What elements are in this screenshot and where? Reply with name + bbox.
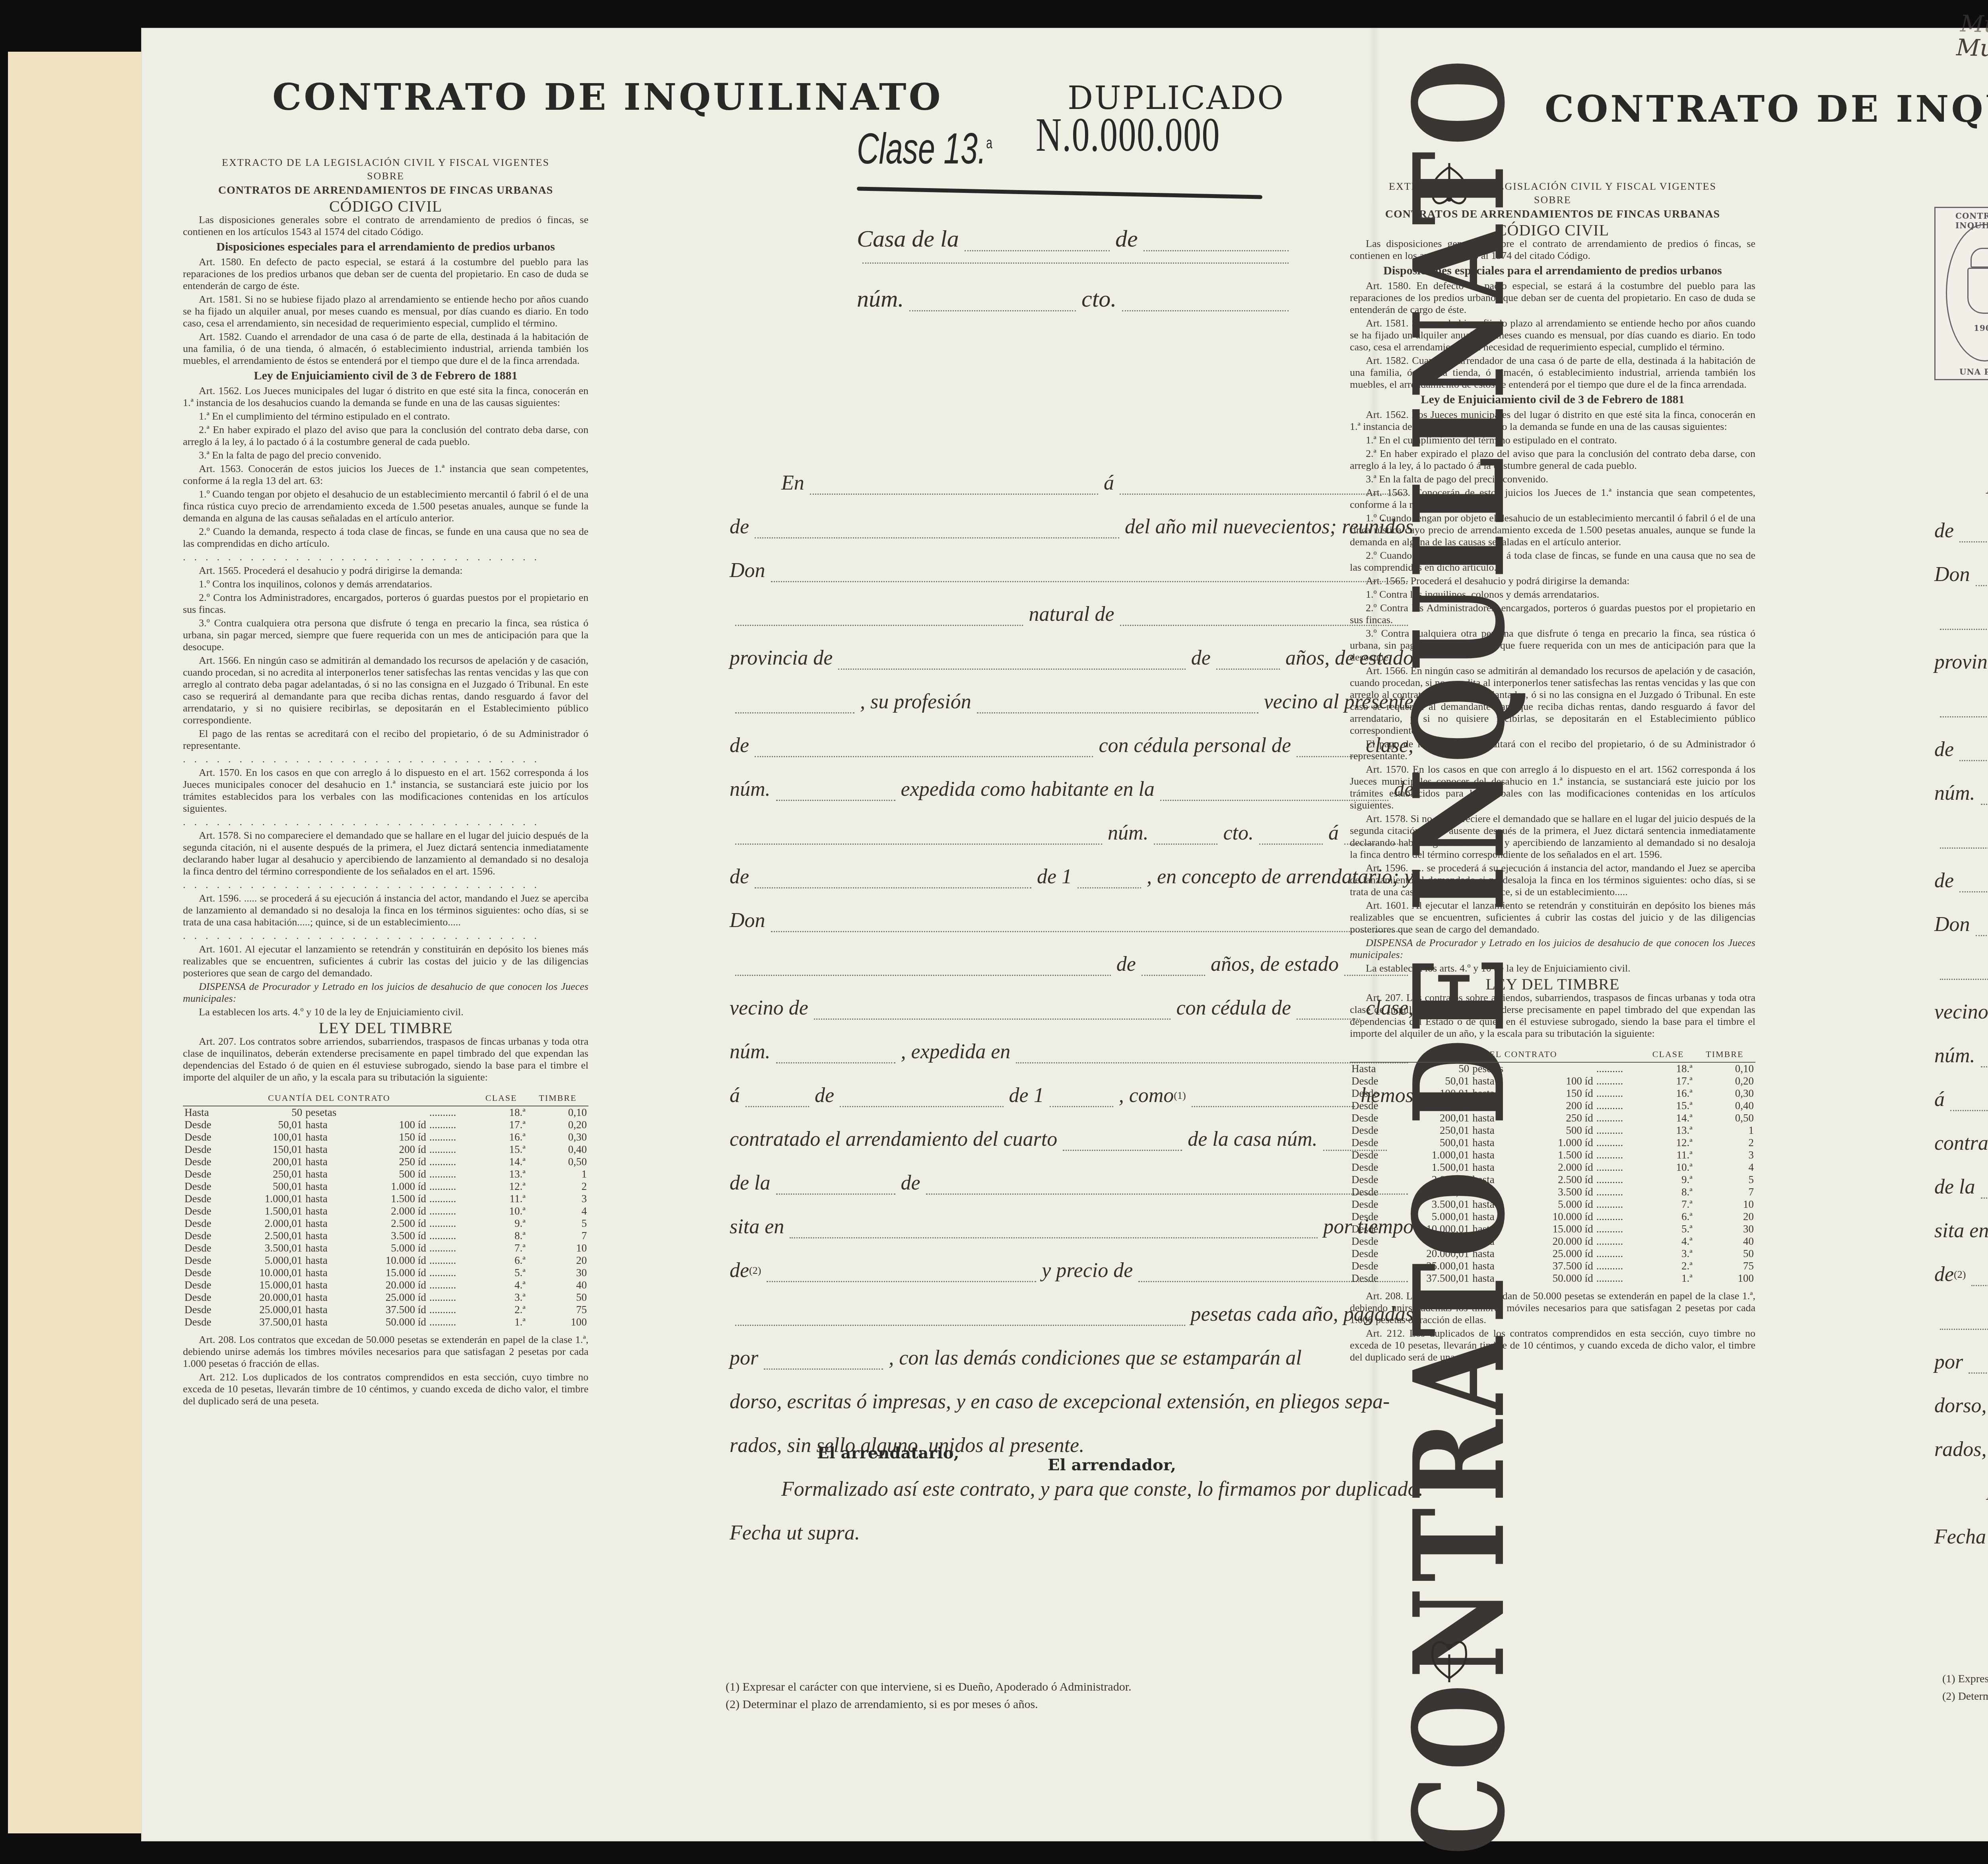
de-label: de: [1115, 215, 1138, 262]
form-label: por: [1934, 1340, 1963, 1384]
fee-cell-clase: 16.ª: [476, 1131, 527, 1143]
fee-cell-prefix: Desde: [183, 1217, 231, 1230]
dot-leader: ..........: [1595, 1075, 1642, 1087]
col-cuantia: CUANTÍA DEL CONTRATO: [183, 1091, 476, 1106]
form-blank-field[interactable]: [838, 669, 1185, 670]
form-line: vecino decon cédula declase,: [730, 986, 1413, 1030]
fee-cell-to: 1.000 íd: [1525, 1137, 1595, 1149]
form-line: por, con las demás condiciones que se es…: [730, 1336, 1413, 1380]
fee-cell-timbre: 1: [1694, 1124, 1755, 1137]
fee-cell-from: 1.500,01: [1398, 1161, 1471, 1174]
codigo-civil-heading: CÓDIGO CIVIL: [1350, 224, 1755, 236]
document-title: CONTRATO DE INQUILINATO: [272, 76, 943, 119]
form-label: de: [1934, 859, 1954, 903]
form-blank-field[interactable]: [755, 537, 1119, 538]
fee-cell-clase: 6.ª: [1642, 1211, 1694, 1223]
fee-cell-timbre: 1: [527, 1168, 588, 1180]
fee-cell-mid: hasta: [304, 1217, 358, 1230]
form-line: contratado el arrendamiento del cuartode…: [1934, 1122, 1988, 1165]
fee-cell-clase: 6.ª: [476, 1254, 527, 1267]
dot-leader: ..........: [428, 1304, 476, 1316]
cto-field[interactable]: [1122, 310, 1289, 311]
fee-cell-from: 1.500,01: [231, 1205, 304, 1217]
casa-field[interactable]: [965, 250, 1110, 251]
extract-heading: EXTRACTO DE LA LEGISLACIÓN CIVIL Y FISCA…: [183, 157, 588, 169]
article-1565-1: 1.º Contra los inquilinos, colonos y dem…: [1350, 589, 1755, 601]
form-blank-field[interactable]: [814, 1018, 1171, 1020]
form-blank-field[interactable]: [755, 887, 1031, 888]
fee-cell-clase: 7.ª: [476, 1242, 527, 1254]
form-blank-field[interactable]: [926, 1193, 1408, 1195]
fee-cell-clase: 2.ª: [476, 1304, 527, 1316]
form-blank-field[interactable]: [771, 581, 1408, 582]
codigo-intro: Las disposiciones generales sobre el con…: [183, 214, 588, 238]
fee-cell-timbre: 0,10: [1694, 1062, 1755, 1075]
fee-cell-clase: 11.ª: [476, 1193, 527, 1205]
fee-cell-to: 2.500 íd: [1525, 1174, 1595, 1186]
underlying-aged-sheet-left: [8, 52, 152, 1833]
article-212: Art. 212. Los duplicados de los contrato…: [1350, 1328, 1755, 1363]
fee-cell-mid: hasta: [304, 1205, 358, 1217]
form-blank-field[interactable]: [1959, 891, 1988, 892]
article-1581: Art. 1581. Si no se hubiese fijado plazo…: [183, 293, 588, 329]
fee-cell-clase: 5.ª: [1642, 1223, 1694, 1235]
form-line: deaños, de estado: [1934, 947, 1988, 990]
form-blank-field[interactable]: [840, 1106, 1003, 1107]
clase-label: Clase 13.a: [857, 123, 992, 174]
fee-table-row: Desde2.500,01hasta3.500 íd..........8.ª7: [183, 1230, 588, 1242]
fee-cell-from: 100,01: [231, 1131, 304, 1143]
fee-table-row: Desde15.000,01hasta20.000 íd..........4.…: [1350, 1235, 1755, 1248]
fee-cell-from: 50,01: [231, 1119, 304, 1131]
fee-cell-timbre: 10: [527, 1242, 588, 1254]
fee-cell-from: 3.500,01: [1398, 1198, 1471, 1211]
dot-leader: ..........: [1595, 1149, 1642, 1161]
form-blank-field[interactable]: [977, 712, 1258, 713]
article-1582: Art. 1582. Cuando el arrendador de una c…: [1350, 355, 1755, 391]
form-label: de: [1934, 1253, 1954, 1296]
form-line: de(2)y precio de: [1934, 1253, 1988, 1296]
fee-cell-clase: 9.ª: [1642, 1174, 1694, 1186]
form-blank-field[interactable]: [735, 625, 1023, 626]
dot-leader: ..........: [1595, 1087, 1642, 1100]
fee-cell-from: 50: [231, 1106, 304, 1119]
footnote-ref: (1): [1174, 1074, 1186, 1118]
form-blank-field[interactable]: [1063, 1150, 1182, 1151]
form-blank-field[interactable]: [745, 1106, 809, 1107]
fee-cell-clase: 17.ª: [1642, 1075, 1694, 1087]
form-line: contratado el arrendamiento del cuartode…: [730, 1118, 1413, 1161]
form-blank-field[interactable]: [1940, 847, 1988, 849]
dot-leader: ..........: [428, 1193, 476, 1205]
fee-cell-clase: 4.ª: [1642, 1235, 1694, 1248]
form-label: vecino de: [730, 986, 808, 1030]
col-timbre: TIMBRE: [1694, 1048, 1755, 1062]
article-1563-2: 2.º Cuando la demanda, respecto á toda c…: [183, 526, 588, 550]
form-blank-field[interactable]: [735, 844, 1102, 845]
fee-cell-to: 250 íd: [358, 1156, 428, 1168]
form-blank-field[interactable]: [1259, 844, 1323, 845]
form-line: Fecha ut supra.: [1934, 1515, 1988, 1559]
fee-cell-timbre: 2: [1694, 1137, 1755, 1149]
fee-cell-from: 150,01: [1398, 1100, 1471, 1112]
form-line: de lade: [730, 1161, 1413, 1205]
form-label: Don: [1934, 553, 1970, 597]
form-line: ádede 1, como(1)hemos: [1934, 1078, 1988, 1122]
fee-cell-from: 200,01: [1398, 1112, 1471, 1124]
form-label: natural de: [1029, 593, 1114, 636]
fee-cell-from: 2.000,01: [231, 1217, 304, 1230]
fee-cell-prefix: Desde: [183, 1242, 231, 1254]
form-blank-field[interactable]: [790, 1237, 1318, 1238]
dot-leader: ..........: [428, 1143, 476, 1156]
fee-table-row: Desde10.000,01hasta15.000 íd..........5.…: [183, 1267, 588, 1279]
fee-cell-from: 100,01: [1398, 1087, 1471, 1100]
fee-cell-clase: 3.ª: [476, 1291, 527, 1304]
fee-cell-from: 10.000,01: [1398, 1223, 1471, 1235]
extract-subject: CONTRATOS DE ARRENDAMIENTOS DE FINCAS UR…: [1350, 208, 1755, 220]
fee-cell-prefix: Desde: [183, 1143, 231, 1156]
fee-cell-clase: 14.ª: [1642, 1112, 1694, 1124]
form-blank-field[interactable]: [1077, 887, 1141, 888]
form-blank-field[interactable]: [776, 1193, 895, 1195]
form-line: dedel año mil nuevecientos; reunidos: [730, 505, 1413, 549]
dot-leader: ..........: [428, 1106, 476, 1119]
fee-cell-from: 37.500,01: [231, 1316, 304, 1328]
article-1563: Art. 1563. Conocerán de estos juicios lo…: [183, 463, 588, 487]
article-1566: Art. 1566. En ningún caso se admitirán a…: [1350, 665, 1755, 737]
codigo-civil-heading: CÓDIGO CIVIL: [183, 200, 588, 212]
form-blank-field[interactable]: [764, 1368, 883, 1370]
fee-cell-prefix: Desde: [1350, 1272, 1398, 1285]
fee-cell-timbre: 7: [527, 1230, 588, 1242]
fee-cell-timbre: 0,50: [1694, 1112, 1755, 1124]
fee-cell-clase: 10.ª: [1642, 1161, 1694, 1174]
fee-cell-timbre: 100: [527, 1316, 588, 1328]
form-label: Formalizado así este contrato, y para qu…: [1986, 1471, 1988, 1515]
form-line: núm., expedida en: [730, 1030, 1413, 1074]
form-blank-field[interactable]: [1940, 979, 1988, 980]
fee-cell-to: 2.000 íd: [1525, 1161, 1595, 1174]
form-line: deaños, de estado: [730, 943, 1413, 986]
form-line: sita enpor tiempo: [1934, 1209, 1988, 1253]
fee-cell-to: 500 íd: [1525, 1124, 1595, 1137]
fee-cell-from: 25.000,01: [1398, 1260, 1471, 1272]
form-blank-field[interactable]: [1192, 1106, 1355, 1107]
form-blank-field[interactable]: [1981, 804, 1988, 805]
form-blank-field[interactable]: [1969, 1372, 1988, 1374]
form-blank-field[interactable]: [735, 975, 1111, 976]
form-line: Don: [730, 549, 1413, 593]
fee-table-row: Desde5.000,01hasta10.000 íd..........6.ª…: [183, 1254, 588, 1267]
fee-cell-mid: hasta: [1471, 1235, 1525, 1248]
article-1578: Art. 1578. Si no compareciere el demanda…: [183, 830, 588, 877]
form-line: sita enpor tiempo: [730, 1205, 1413, 1249]
fee-table-row: Desde2.500,01hasta3.500 íd..........8.ª7: [1350, 1186, 1755, 1198]
dot-separator: ................................: [183, 879, 588, 891]
fee-cell-clase: 8.ª: [476, 1230, 527, 1242]
fee-cell-mid: hasta: [304, 1193, 358, 1205]
form-label: núm.: [730, 768, 771, 811]
form-label: de: [730, 1249, 749, 1293]
dot-separator: ................................: [183, 816, 588, 828]
fee-cell-to: 1.500 íd: [358, 1193, 428, 1205]
form-line: núm., expedida en: [1934, 1034, 1988, 1078]
fee-cell-clase: 5.ª: [476, 1267, 527, 1279]
fee-cell-timbre: 20: [1694, 1211, 1755, 1223]
fee-cell-mid: hasta: [304, 1254, 358, 1267]
fee-cell-mid: hasta: [304, 1143, 358, 1156]
fee-cell-timbre: 0,20: [1694, 1075, 1755, 1087]
form-blank-field[interactable]: [1050, 1106, 1113, 1107]
dot-leader: ..........: [428, 1180, 476, 1193]
form-blank-field[interactable]: [1142, 975, 1205, 976]
fee-cell-mid: hasta: [1471, 1248, 1525, 1260]
fee-cell-mid: hasta: [1471, 1223, 1525, 1235]
form-label: á: [1104, 461, 1114, 505]
form-label: En: [781, 461, 804, 505]
dot-separator: ................................: [183, 930, 588, 942]
fee-cell-prefix: Desde: [183, 1205, 231, 1217]
article-1563-1: 1.º Cuando tengan por objeto el desahuci…: [183, 488, 588, 524]
fee-cell-prefix: Desde: [1350, 1235, 1398, 1248]
extract-subject: CONTRATOS DE ARRENDAMIENTOS DE FINCAS UR…: [183, 185, 588, 196]
form-blank-field[interactable]: [1940, 629, 1988, 630]
codigo-intro: Las disposiciones generales sobre el con…: [1350, 238, 1755, 262]
fee-cell-prefix: Desde: [183, 1267, 231, 1279]
form-label: , con las demás condiciones que se estam…: [889, 1336, 1301, 1380]
form-label: de: [901, 1161, 920, 1205]
fee-cell-to: 25.000 íd: [358, 1291, 428, 1304]
form-blank-field[interactable]: [776, 1062, 895, 1063]
fee-table-row: Desde3.500,01hasta5.000 íd..........7.ª1…: [183, 1242, 588, 1254]
fee-cell-prefix: Desde: [1350, 1161, 1398, 1174]
article-1562-2: 2.ª En haber expirado el plazo del aviso…: [183, 424, 588, 448]
fee-cell-prefix: Desde: [1350, 1137, 1398, 1149]
fee-cell-mid: hasta: [1471, 1137, 1525, 1149]
calle-field[interactable]: [1143, 250, 1289, 251]
fee-cell-prefix: Desde: [1350, 1186, 1398, 1198]
fee-cell-clase: 12.ª: [1642, 1137, 1694, 1149]
fee-table-row: Desde100,01hasta150 íd..........16.ª0,30: [183, 1131, 588, 1143]
form-label: de la: [730, 1161, 771, 1205]
fee-cell-mid: hasta: [304, 1242, 358, 1254]
fee-cell-prefix: Desde: [183, 1230, 231, 1242]
form-label: núm.: [730, 1030, 771, 1074]
fee-table-row: Desde1.000,01hasta1.500 íd..........11.ª…: [1350, 1149, 1755, 1161]
document-title: CONTRATO DE INQUILINATO: [1545, 87, 1988, 130]
fee-cell-mid: hasta: [304, 1180, 358, 1193]
dispensa-heading: DISPENSA de Procurador y Letrado en los …: [183, 981, 588, 1005]
form-label: rados, sin sello alguno, unidos al prese…: [1934, 1428, 1988, 1471]
stamp-fee-table: CUANTÍA DEL CONTRATO CLASE TIMBRE Hasta5…: [183, 1091, 588, 1328]
fee-cell-prefix: Desde: [1350, 1248, 1398, 1260]
fee-cell-from: 5.000,01: [231, 1254, 304, 1267]
casa-line2-field[interactable]: [862, 262, 1289, 264]
dot-leader: ..........: [1595, 1223, 1642, 1235]
footnote-2: (2) Determinar el plazo de arrendamiento…: [1942, 1688, 1988, 1705]
form-label: dorso, escritas ó impresas, y en caso de…: [1934, 1384, 1988, 1428]
fee-cell-mid: hasta: [1471, 1174, 1525, 1186]
fee-table-row: Desde150,01hasta200 íd..........15.ª0,40: [183, 1143, 588, 1156]
form-blank-field[interactable]: [1981, 1066, 1988, 1067]
extract-sobre: SOBRE: [1350, 194, 1755, 206]
dot-leader: ..........: [1595, 1198, 1642, 1211]
form-blank-field[interactable]: [1976, 935, 1988, 936]
fee-cell-timbre: 100: [1694, 1272, 1755, 1285]
col-cuantia: CUANTÍA DEL CONTRATO: [1350, 1048, 1642, 1062]
fee-cell-to: 500 íd: [358, 1168, 428, 1180]
fee-cell-prefix: Desde: [1350, 1087, 1398, 1100]
article-1562-3: 3.ª En la falta de pago del precio conve…: [183, 449, 588, 461]
extract-sobre: SOBRE: [183, 170, 588, 182]
fee-cell-timbre: 0,50: [527, 1156, 588, 1168]
fee-cell-timbre: 50: [1694, 1248, 1755, 1260]
serial-number: N.0.000.000: [1036, 107, 1220, 162]
fee-cell-mid: hasta: [304, 1156, 358, 1168]
dot-leader: ..........: [428, 1217, 476, 1230]
form-label: de: [1934, 509, 1954, 553]
fee-cell-clase: 1.ª: [476, 1316, 527, 1328]
fee-table-row: Desde20.000,01hasta25.000 íd..........3.…: [1350, 1248, 1755, 1260]
fee-cell-timbre: 0,10: [527, 1106, 588, 1119]
form-line: núm.cto.á: [730, 811, 1413, 855]
fee-cell-to: 250 íd: [1525, 1112, 1595, 1124]
duplicate-copy: CONTRATO DE INQUILINATO DUPLICADO Clase …: [141, 28, 1370, 1841]
fee-cell-clase: 18.ª: [1642, 1062, 1694, 1075]
fee-cell-prefix: Desde: [183, 1291, 231, 1304]
form-blank-field[interactable]: [1154, 844, 1217, 845]
fee-cell-timbre: 10: [1694, 1198, 1755, 1211]
dot-leader: ..........: [428, 1168, 476, 1180]
fee-cell-from: 37.500,01: [1398, 1272, 1471, 1285]
form-label: años, de estado: [1211, 943, 1339, 986]
special-provisions-heading: Disposiciones especiales para el arrenda…: [1350, 265, 1755, 277]
fee-table-row: Desde10.000,01hasta15.000 íd..........5.…: [1350, 1223, 1755, 1235]
dot-leader: ..........: [1595, 1112, 1642, 1124]
form-blank-field[interactable]: [1216, 669, 1280, 670]
fee-cell-to: 10.000 íd: [358, 1254, 428, 1267]
legal-extract: EXTRACTO DE LA LEGISLACIÓN CIVIL Y FISCA…: [1350, 179, 1755, 1365]
fee-cell-from: 20.000,01: [231, 1291, 304, 1304]
fee-cell-timbre: 5: [527, 1217, 588, 1230]
form-label: con cédula personal de: [1099, 724, 1291, 768]
fee-cell-from: 50,01: [1398, 1075, 1471, 1087]
fee-cell-prefix: Desde: [1350, 1149, 1398, 1161]
form-line: por, con las demás condiciones que se es…: [1934, 1340, 1988, 1384]
form-label: cto.: [1223, 811, 1254, 855]
stamp-text: CONTRATOS DE INQUILINATO: [1955, 211, 1988, 230]
form-blank-field[interactable]: [1976, 585, 1988, 586]
form-blank-field[interactable]: [1016, 1062, 1408, 1063]
fee-cell-to: 100 íd: [358, 1119, 428, 1131]
fee-cell-clase: 3.ª: [1642, 1248, 1694, 1260]
fee-cell-clase: 18.ª: [476, 1106, 527, 1119]
fee-cell-prefix: Desde: [183, 1304, 231, 1316]
form-blank-field[interactable]: [1971, 1285, 1988, 1286]
ley-timbre-heading: LEY DEL TIMBRE: [183, 1022, 588, 1034]
dot-leader: ..........: [1595, 1062, 1642, 1075]
fee-cell-timbre: 40: [527, 1279, 588, 1291]
form-blank-field[interactable]: [1940, 716, 1988, 717]
form-line: provincia dedeaños, de estado: [1934, 640, 1988, 684]
fee-cell-clase: 13.ª: [476, 1168, 527, 1180]
form-line: natural de: [1934, 597, 1988, 640]
num-field[interactable]: [909, 310, 1076, 311]
form-blank-field[interactable]: [776, 800, 895, 801]
fee-cell-mid: hasta: [304, 1279, 358, 1291]
fee-cell-timbre: 30: [527, 1267, 588, 1279]
fee-cell-clase: 7.ª: [1642, 1198, 1694, 1211]
fee-cell-to: 150 íd: [1525, 1087, 1595, 1100]
form-label: de la: [1934, 1165, 1975, 1209]
form-label: de la casa núm.: [1188, 1118, 1317, 1161]
dispensa-text: La establecen los arts. 4.º y 10 de la l…: [183, 1006, 588, 1018]
fee-cell-mid: hasta: [304, 1230, 358, 1242]
form-blank-field[interactable]: [735, 712, 854, 713]
contract-sheet: CONTRATO DE INQUILINATO DUPLICADO Clase …: [141, 28, 1988, 1841]
fee-table-row: Desde1.500,01hasta2.000 íd..........10.ª…: [1350, 1161, 1755, 1174]
form-line: pesetas cada año, pagadas: [730, 1293, 1413, 1336]
dot-leader: ..........: [1595, 1174, 1642, 1186]
form-blank-field[interactable]: [1959, 541, 1988, 542]
fee-cell-clase: 16.ª: [1642, 1087, 1694, 1100]
fee-cell-to: 50.000 íd: [358, 1316, 428, 1328]
form-line: dede 1, en concepto de arrendatario; y: [730, 855, 1413, 899]
form-blank-field[interactable]: [755, 756, 1093, 757]
col-clase: CLASE: [476, 1091, 527, 1106]
dot-leader: ..........: [428, 1267, 476, 1279]
form-blank-field[interactable]: [771, 931, 1408, 932]
fee-table-row: Hasta50pesetas..........18.ª0,10: [1350, 1062, 1755, 1075]
fee-cell-from: 1.000,01: [231, 1193, 304, 1205]
form-label: de: [1116, 943, 1136, 986]
landlord-signature-label: El arrendador,: [1048, 1456, 1176, 1474]
form-label: de: [730, 855, 749, 899]
fee-cell-prefix: Desde: [1350, 1211, 1398, 1223]
form-blank-field[interactable]: [1959, 760, 1988, 761]
fee-cell-prefix: Desde: [1350, 1260, 1398, 1272]
fee-cell-timbre: 0,40: [527, 1143, 588, 1156]
form-blank-field[interactable]: [1950, 1110, 1988, 1111]
fee-cell-from: 500,01: [231, 1180, 304, 1193]
col-clase: CLASE: [1642, 1048, 1694, 1062]
fee-cell-prefix: Desde: [183, 1131, 231, 1143]
footnote-ref: (2): [749, 1249, 761, 1293]
form-blank-field[interactable]: [767, 1281, 1036, 1282]
fee-cell-clase: 8.ª: [1642, 1186, 1694, 1198]
form-blank-field[interactable]: [735, 1325, 1185, 1326]
form-line: dede 1, en concepto de arrendatario; y: [1934, 859, 1988, 903]
form-label: á: [730, 1074, 740, 1118]
fiscal-stamp: CONTRATOS DE INQUILINATO 1900 UNA PESETA: [1934, 207, 1988, 380]
dot-leader: ..........: [1595, 1100, 1642, 1112]
fee-table-row: Desde15.000,01hasta20.000 íd..........4.…: [183, 1279, 588, 1291]
fee-cell-to: 3.500 íd: [1525, 1186, 1595, 1198]
fee-cell-prefix: Desde: [183, 1254, 231, 1267]
fee-cell-to: 10.000 íd: [1525, 1211, 1595, 1223]
fee-cell-to: 20.000 íd: [1525, 1235, 1595, 1248]
fee-cell-from: 15.000,01: [1398, 1235, 1471, 1248]
fee-cell-timbre: 4: [1694, 1161, 1755, 1174]
form-blank-field[interactable]: [810, 494, 1098, 495]
form-blank-field[interactable]: [1981, 1197, 1988, 1199]
fee-cell-to: 2.500 íd: [358, 1217, 428, 1230]
article-1580: Art. 1580. En defecto de pacto especial,…: [183, 256, 588, 292]
fee-table-row: Hasta50pesetas..........18.ª0,10: [183, 1106, 588, 1119]
form-blank-field[interactable]: [1940, 1329, 1988, 1330]
fee-cell-prefix: Desde: [183, 1193, 231, 1205]
